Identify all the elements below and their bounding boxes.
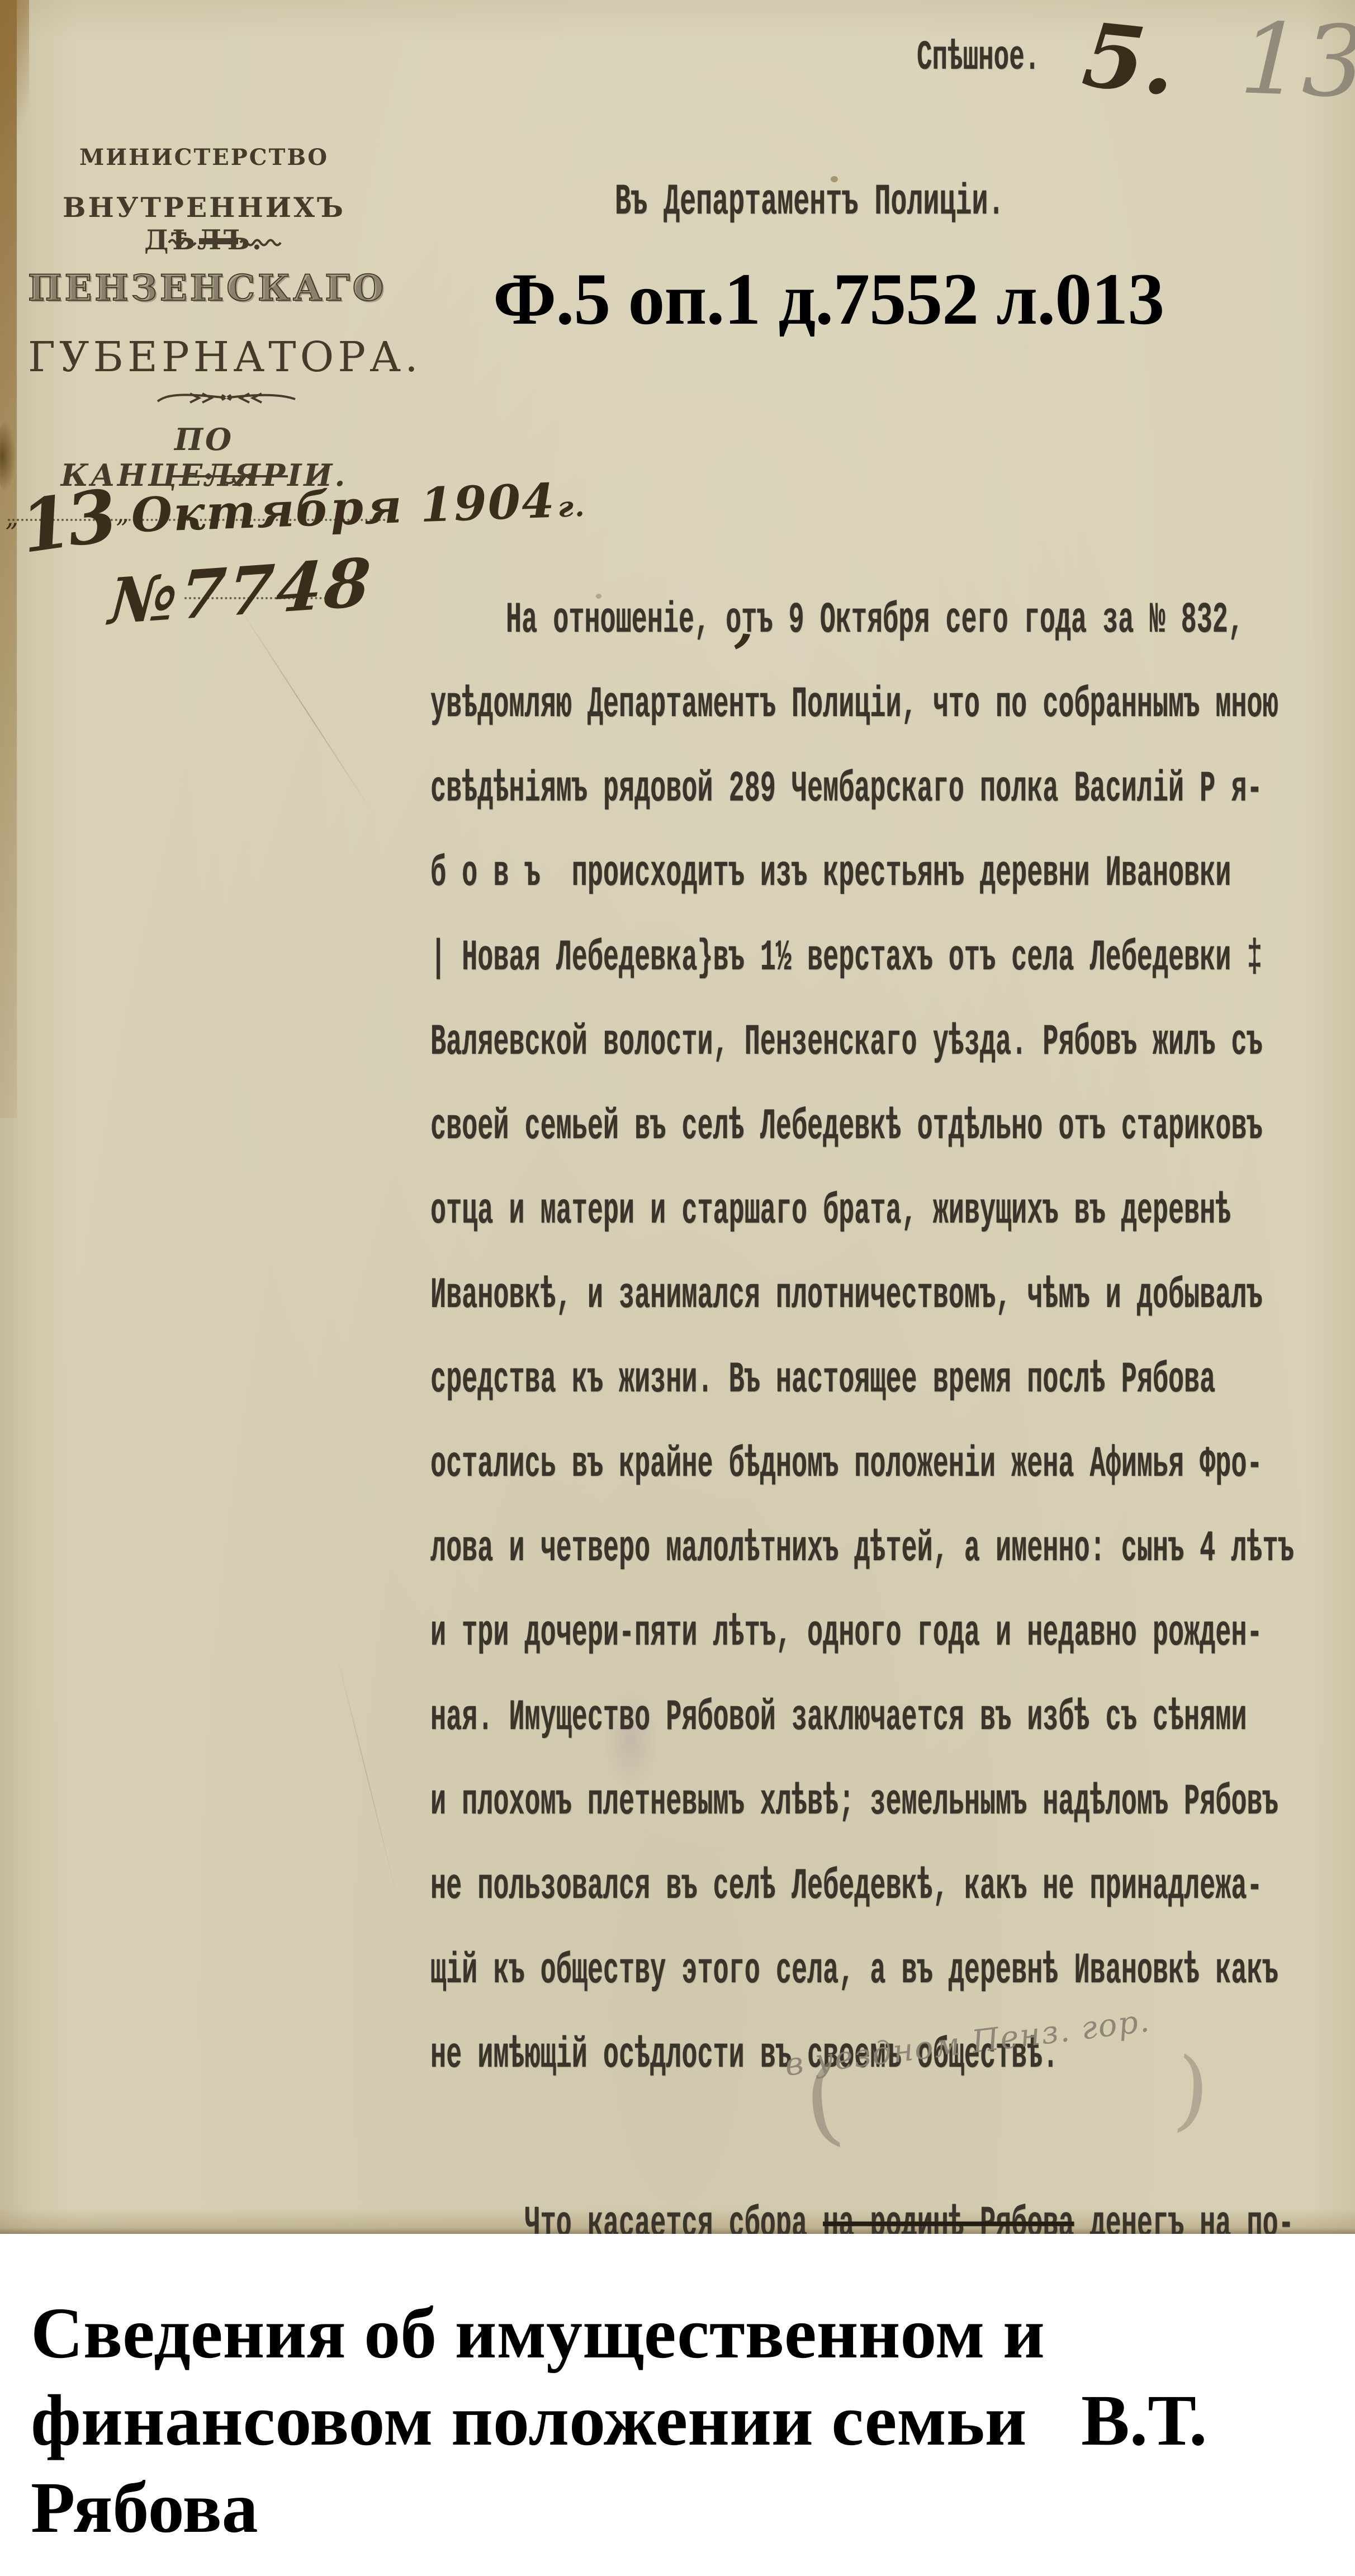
number-value: 7748 — [178, 543, 375, 634]
letterhead-governor: ГУБЕРНАТОРА. — [28, 333, 380, 381]
letterhead-penza: ПЕНЗЕНСКАГО — [28, 267, 380, 309]
folio-number-pencil: 13 — [1238, 1, 1355, 120]
typed-line: остались въ крайне бѣдномъ положеніи жен… — [430, 1423, 1302, 1507]
date-dotted-line — [8, 519, 399, 521]
date-open-quote: „ — [4, 501, 19, 532]
typed-line: щій къ обществу этого села, а въ деревнѣ… — [430, 1929, 1302, 2014]
number-sign: № — [107, 561, 180, 639]
document-scan: Спѣшное. 5. 13 МИНИСТЕРСТВО ВНУТРЕННИХЪ … — [0, 0, 1355, 2234]
closing-post-text: денегъ на по- — [1074, 2200, 1294, 2234]
caption-area: Сведения об имущественном и финансовом п… — [0, 2234, 1355, 2576]
typed-line: лова и четверо малолѣтнихъ дѣтей, а имен… — [430, 1507, 1302, 1592]
date-day: 13 — [16, 473, 119, 570]
typed-line: и три дочери-пяти лѣтъ, одного года и не… — [430, 1592, 1302, 1676]
typed-line: | Новая Лебедевка}въ 1½ верстахъ отъ сел… — [430, 916, 1302, 1001]
typed-line: На отношеніе, отъ 9 Октября сего года за… — [430, 579, 1302, 663]
caption-line: Рябова — [31, 2464, 1207, 2551]
typed-line: Валяевской волости, Пензенскаго уѣзда. Р… — [430, 1001, 1302, 1085]
typed-line: свѣдѣніямъ рядовой 289 Чембарскаго полка… — [430, 747, 1302, 832]
caption-line: финансовом положении семьи В.Т. — [31, 2377, 1207, 2464]
paper-crease — [334, 1647, 399, 1903]
typed-line: увѣдомляю Департаментъ Полиціи, что по с… — [430, 663, 1302, 747]
typed-line: б о в ъ происходитъ изъ крестьянъ деревн… — [430, 832, 1302, 916]
flourish-ornament-icon — [157, 388, 296, 409]
paper-crease — [239, 608, 371, 810]
typed-lines: На отношеніе, отъ 9 Октября сего года за… — [430, 579, 1355, 2098]
closing-pre-text: Что касается сбора — [525, 2200, 823, 2234]
typed-line: и плохомъ плетневымъ хлѣвѣ; земельнымъ н… — [430, 1760, 1302, 1845]
date-month-year: Октября 1904 — [130, 473, 556, 543]
typed-line: средства къ жизни. Въ настоящее время по… — [430, 1338, 1302, 1423]
caption-title: Сведения об имущественном и финансовом п… — [31, 2290, 1207, 2551]
letterhead-ministry: МИНИСТЕРСТВО — [28, 144, 380, 171]
typed-line: своей семьей въ селѣ Лебедевкѣ отдѣльно … — [430, 1085, 1302, 1169]
closing-struck-text: на родинѣ Рябова — [823, 2200, 1074, 2234]
typed-line: отца и матери и старшаго брата, живущихъ… — [430, 1169, 1302, 1254]
scan-left-corner-backing — [0, 0, 29, 168]
recipient-line: Въ Департаментъ Полиціи. — [615, 178, 1005, 227]
archival-document-page: Спѣшное. 5. 13 МИНИСТЕРСТВО ВНУТРЕННИХЪ … — [0, 0, 1355, 2576]
typed-line: не пользовался въ селѣ Лебедевкѣ, какъ н… — [430, 1845, 1302, 1929]
typed-closing-line: Что касается сбора на родинѣ Рябова дене… — [430, 2098, 1302, 2182]
number-dotted-line — [184, 597, 335, 599]
flourish-ornament-icon — [168, 235, 288, 248]
typed-line: Ивановкѣ, и занимался плотничествомъ, чѣ… — [430, 1254, 1302, 1338]
date-year-suffix: г. — [557, 490, 586, 524]
archive-reference-stamp: Ф.5 оп.1 д.7552 л.013 — [493, 256, 1164, 342]
folio-number-ink: 5. — [1078, 3, 1181, 116]
urgency-note: Спѣшное. — [917, 35, 1040, 82]
typed-line: ная. Имущество Рябовой заключается въ из… — [430, 1676, 1302, 1760]
date-mid-quote: „ — [115, 498, 130, 528]
caption-line: Сведения об имущественном и — [31, 2290, 1207, 2377]
